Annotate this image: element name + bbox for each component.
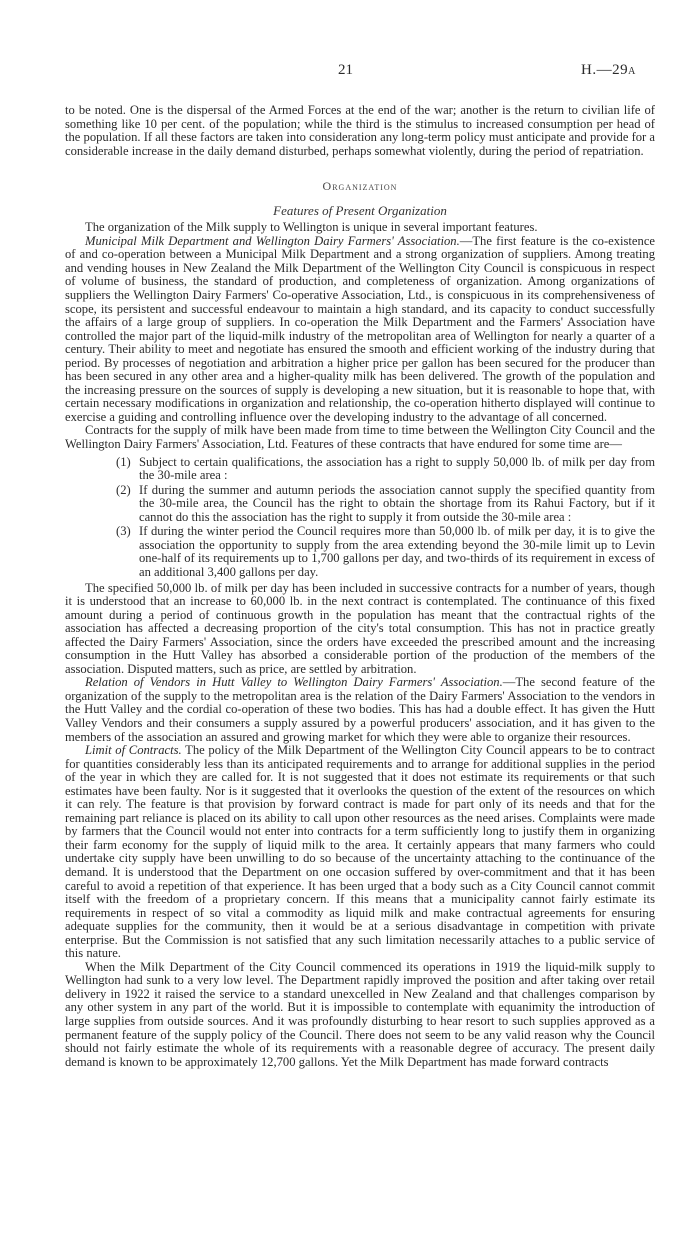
- list-item: (3) If during the winter period the Coun…: [65, 525, 655, 579]
- list-item-text: Subject to certain qualifications, the a…: [139, 455, 655, 483]
- paragraph-6-text: The policy of the Milk Department of the…: [65, 743, 655, 960]
- paragraph-intro: to be noted. One is the dispersal of the…: [65, 104, 655, 158]
- list-item: (1) Subject to certain qualifications, t…: [65, 456, 655, 483]
- list-item-number: (2): [116, 484, 131, 498]
- subsection-title: Features of Present Organization: [65, 204, 655, 218]
- paragraph-2-text: —The first feature is the co-existence o…: [65, 234, 655, 424]
- paragraph-3: Contracts for the supply of milk have be…: [65, 424, 655, 451]
- page-number: 21: [338, 62, 353, 79]
- document-ref-main: H.—29: [581, 62, 628, 78]
- paragraph-7: When the Milk Department of the City Cou…: [65, 961, 655, 1069]
- run-in-heading-hutt-valley: Relation of Vendors in Hutt Valley to We…: [85, 675, 503, 689]
- paragraph-4: The specified 50,000 lb. of milk per day…: [65, 582, 655, 677]
- page-header: 21 H.—29A: [0, 62, 700, 80]
- paragraph-5: Relation of Vendors in Hutt Valley to We…: [65, 676, 655, 744]
- list-item-text: If during the winter period the Council …: [139, 524, 655, 579]
- list-item-number: (1): [116, 456, 131, 470]
- run-in-heading-limit: Limit of Contracts.: [85, 743, 182, 757]
- list-item-text: If during the summer and autumn periods …: [139, 483, 655, 524]
- list-item-number: (3): [116, 525, 131, 539]
- document-body: to be noted. One is the dispersal of the…: [65, 104, 655, 1069]
- paragraph-6: Limit of Contracts. The policy of the Mi…: [65, 744, 655, 961]
- run-in-heading-municipal: Municipal Milk Department and Wellington…: [85, 234, 460, 248]
- paragraph-2: Municipal Milk Department and Wellington…: [65, 235, 655, 425]
- list-item: (2) If during the summer and autumn peri…: [65, 484, 655, 525]
- contract-features-list: (1) Subject to certain qualifications, t…: [65, 456, 655, 580]
- document-reference: H.—29A: [581, 62, 636, 79]
- paragraph-1: The organization of the Milk supply to W…: [65, 221, 655, 235]
- section-title: Organization: [65, 180, 655, 194]
- document-ref-suffix: A: [628, 66, 636, 77]
